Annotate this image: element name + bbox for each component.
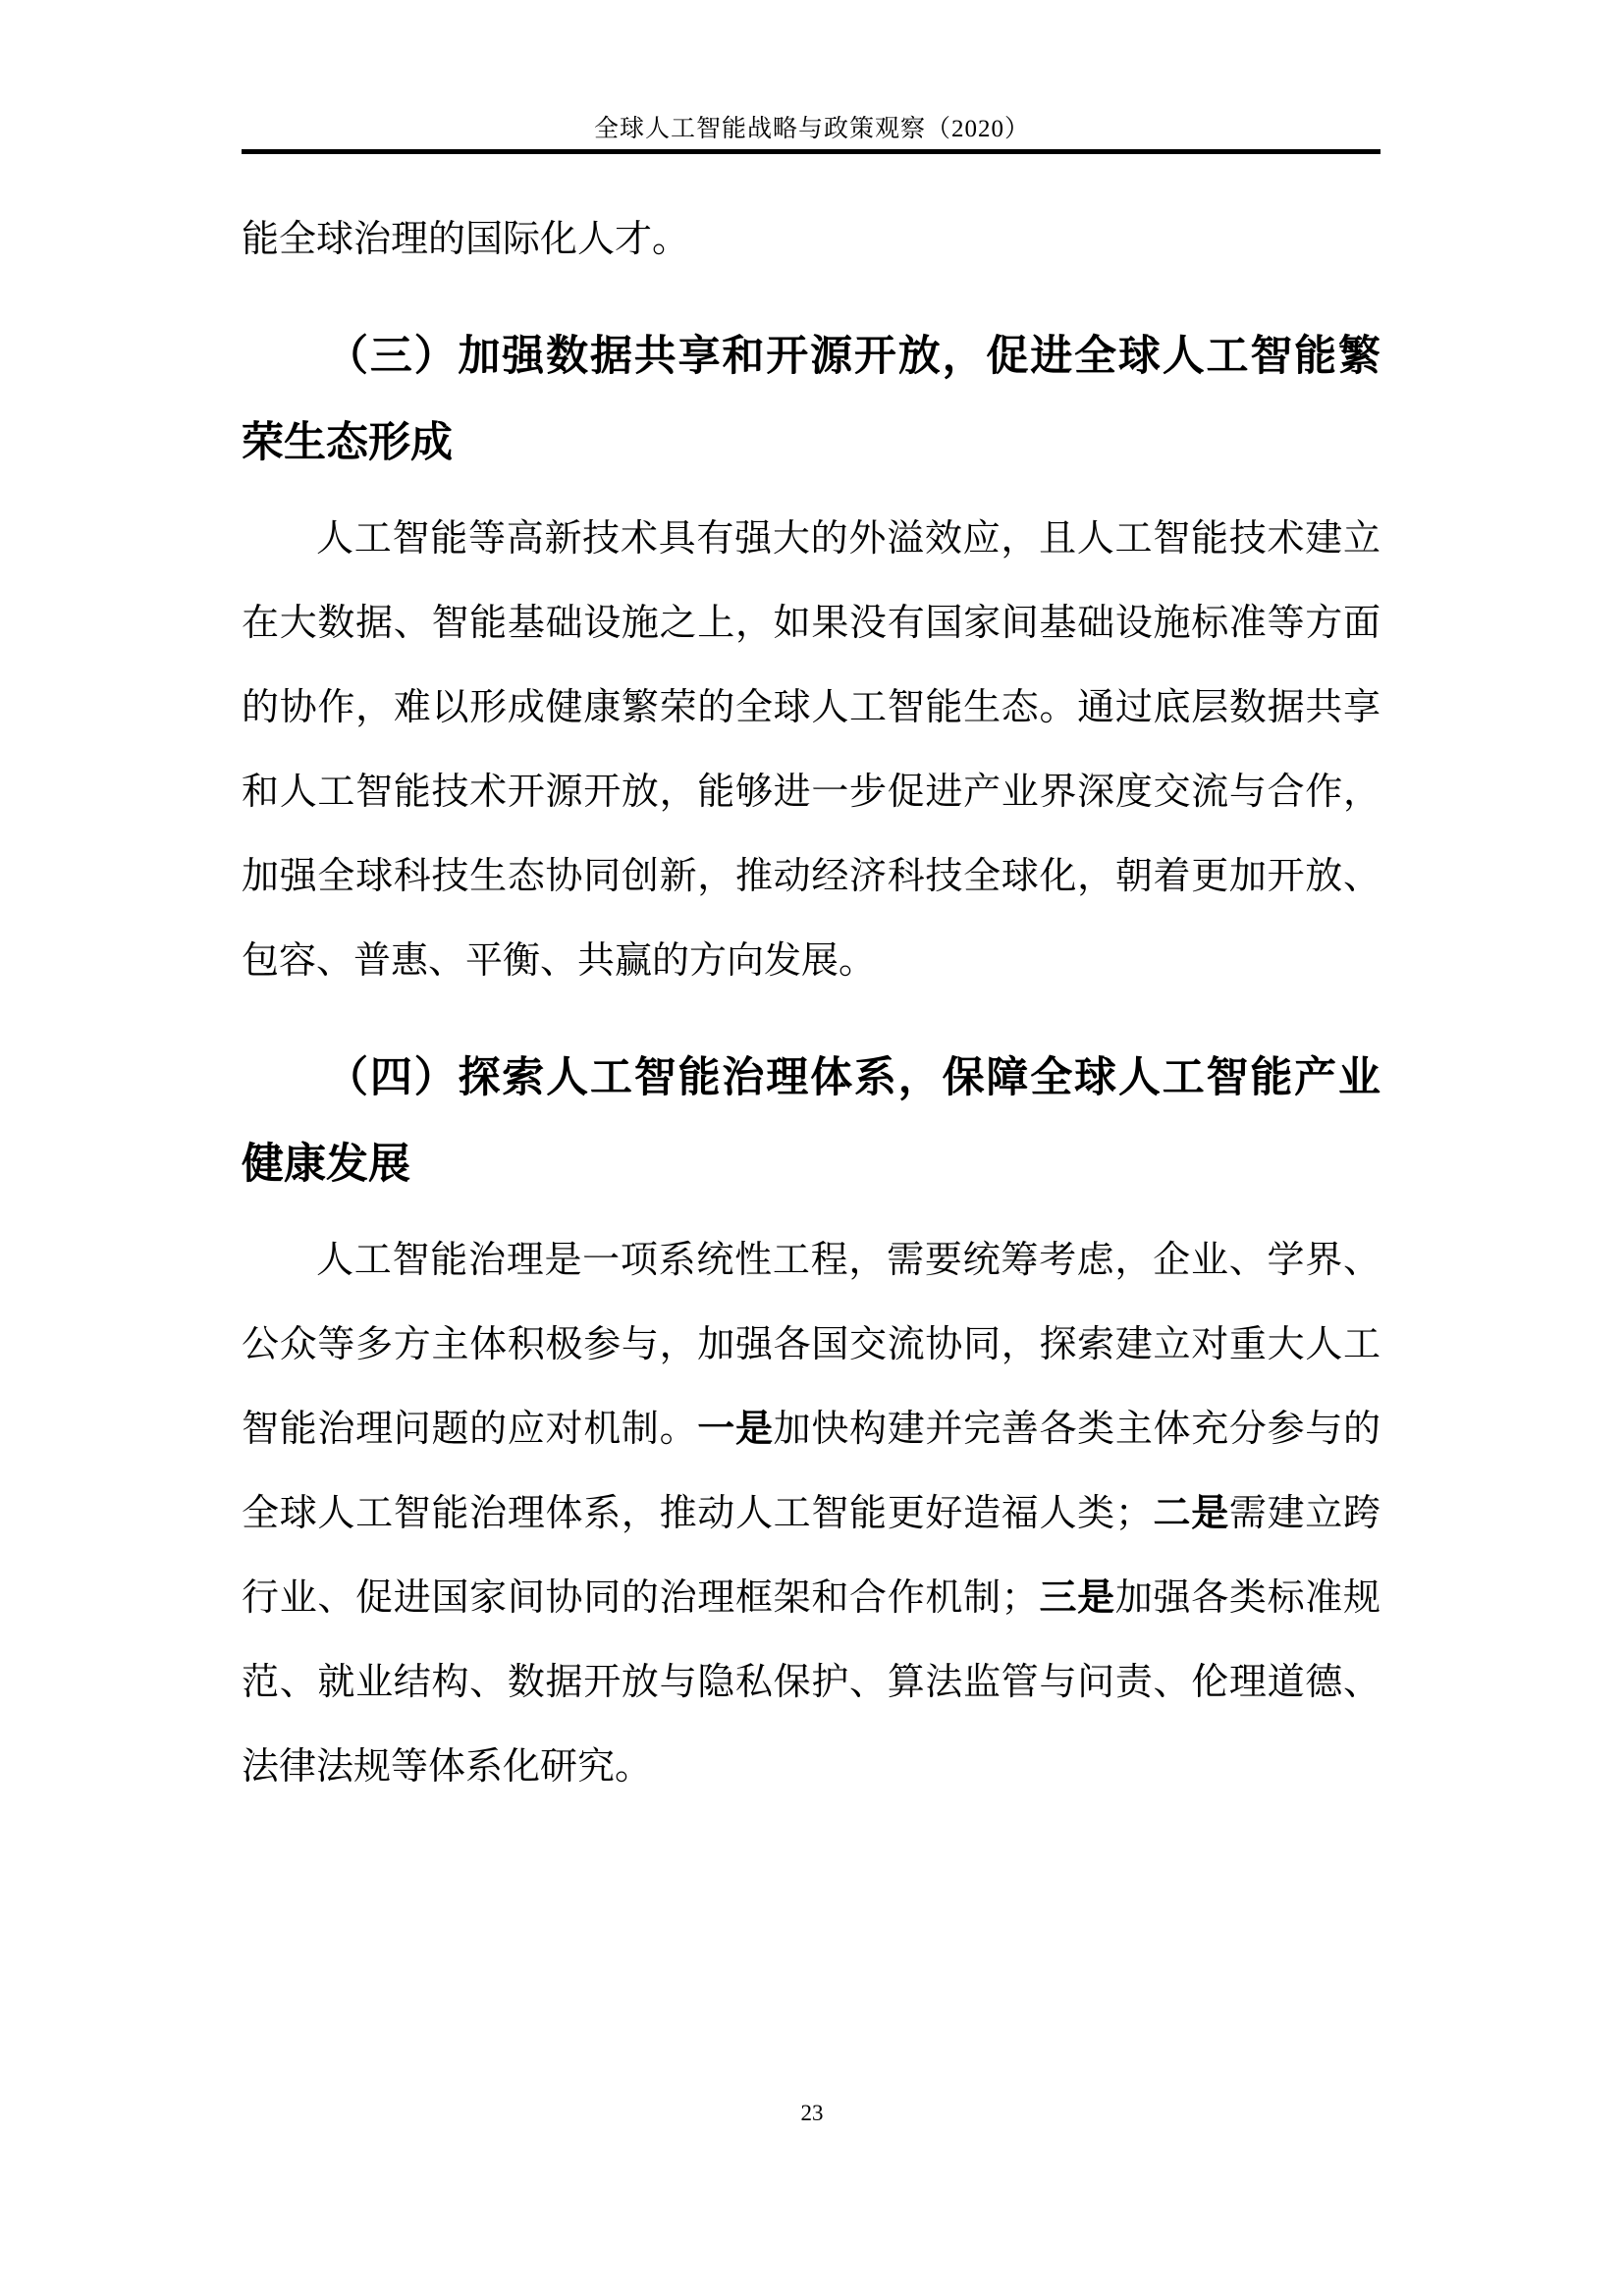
paragraph-bold-text: 三是 (1039, 1577, 1115, 1619)
paragraph-text: 智能治理问题的应对机制。 (242, 1409, 697, 1450)
paragraph-line: 在大数据、智能基础设施之上，如果没有国家间基础设施标准等方面 (242, 581, 1380, 666)
section-3-paragraph: 人工智能等高新技术具有强大的外溢效应，且人工智能技术建立 在大数据、智能基础设施… (242, 497, 1380, 1003)
paragraph-line: 公众等多方主体积极参与，加强各国交流协同，探索建立对重大人工 (242, 1303, 1380, 1387)
running-head-title: 全球人工智能战略与政策观察（2020） (594, 116, 1030, 142)
paragraph-line: 法律法规等体系化研究。 (242, 1725, 1380, 1809)
paragraph-text: 包容、普惠、平衡、共赢的方向发展。 (242, 940, 876, 982)
paragraph-text: 范、就业结构、数据开放与隐私保护、算法监管与问责、伦理道德、 (242, 1662, 1380, 1703)
heading-line: （四）探索人工智能治理体系，保障全球人工智能产业 (242, 1036, 1380, 1122)
paragraph-line: 全球人工智能治理体系，推动人工智能更好造福人类；二是需建立跨 (242, 1471, 1380, 1556)
paragraph-text: 全球人工智能治理体系，推动人工智能更好造福人类； (242, 1493, 1153, 1534)
document-page: 全球人工智能战略与政策观察（2020） 能全球治理的国际化人才。 （三）加强数据… (0, 0, 1624, 2296)
paragraph-text: 法律法规等体系化研究。 (242, 1746, 652, 1788)
heading-line: 健康发展 (242, 1122, 1380, 1208)
paragraph-text: 加强全球科技生态协同创新，推动经济科技全球化，朝着更加开放、 (242, 856, 1380, 897)
paragraph-text: 和人工智能技术开源开放，能够进一步促进产业界深度交流与合作， (242, 772, 1380, 813)
page-body: 能全球治理的国际化人才。 （三）加强数据共享和开源开放，促进全球人工智能繁 荣生… (242, 197, 1380, 1809)
paragraph-text: 能全球治理的国际化人才。 (242, 219, 689, 260)
paragraph-bold-text: 二是 (1153, 1493, 1229, 1534)
paragraph-line: 的协作，难以形成健康繁荣的全球人工智能生态。通过底层数据共享 (242, 666, 1380, 750)
section-heading-4: （四）探索人工智能治理体系，保障全球人工智能产业 健康发展 (242, 1036, 1380, 1208)
paragraph-line: 智能治理问题的应对机制。一是加快构建并完善各类主体充分参与的 (242, 1387, 1380, 1471)
paragraph-line: 包容、普惠、平衡、共赢的方向发展。 (242, 919, 1380, 1003)
paragraph-line: 范、就业结构、数据开放与隐私保护、算法监管与问责、伦理道德、 (242, 1640, 1380, 1725)
paragraph-text: 人工智能等高新技术具有强大的外溢效应，且人工智能技术建立 (316, 518, 1380, 560)
paragraph-text: 在大数据、智能基础设施之上，如果没有国家间基础设施标准等方面 (242, 603, 1380, 644)
paragraph-text: 加快构建并完善各类主体充分参与的 (774, 1409, 1380, 1450)
page-number: 23 (801, 2101, 824, 2125)
paragraph-line: 加强全球科技生态协同创新，推动经济科技全球化，朝着更加开放、 (242, 834, 1380, 919)
paragraph-line: 能全球治理的国际化人才。 (242, 197, 1380, 282)
paragraph-line: 和人工智能技术开源开放，能够进一步促进产业界深度交流与合作， (242, 750, 1380, 834)
heading-text: （四）探索人工智能治理体系，保障全球人工智能产业 (326, 1055, 1380, 1101)
page-footer: 23 (0, 2101, 1624, 2126)
paragraph-text: 的协作，难以形成健康繁荣的全球人工智能生态。通过底层数据共享 (242, 687, 1380, 728)
paragraph-line: 人工智能治理是一项系统性工程，需要统筹考虑，企业、学界、 (242, 1218, 1380, 1303)
heading-line: （三）加强数据共享和开源开放，促进全球人工智能繁 (242, 314, 1380, 400)
paragraph-text: 行业、促进国家间协同的治理框架和合作机制； (242, 1577, 1039, 1619)
heading-text: （三）加强数据共享和开源开放，促进全球人工智能繁 (326, 334, 1380, 380)
heading-text: 荣生态形成 (242, 420, 453, 466)
page-header: 全球人工智能战略与政策观察（2020） (0, 0, 1624, 143)
heading-text: 健康发展 (242, 1142, 410, 1188)
paragraph-bold-text: 一是 (697, 1409, 773, 1450)
paragraph-text: 加强各类标准规 (1115, 1577, 1380, 1619)
section-heading-3: （三）加强数据共享和开源开放，促进全球人工智能繁 荣生态形成 (242, 314, 1380, 487)
heading-line: 荣生态形成 (242, 400, 1380, 487)
paragraph-text: 需建立跨 (1229, 1493, 1380, 1534)
paragraph-text: 人工智能治理是一项系统性工程，需要统筹考虑，企业、学界、 (316, 1240, 1380, 1281)
section-4-paragraph: 人工智能治理是一项系统性工程，需要统筹考虑，企业、学界、 公众等多方主体积极参与… (242, 1218, 1380, 1809)
paragraph-text: 公众等多方主体积极参与，加强各国交流协同，探索建立对重大人工 (242, 1324, 1380, 1365)
paragraph-line: 行业、促进国家间协同的治理框架和合作机制；三是加强各类标准规 (242, 1556, 1380, 1640)
paragraph-line: 人工智能等高新技术具有强大的外溢效应，且人工智能技术建立 (242, 497, 1380, 581)
header-divider (242, 149, 1380, 154)
